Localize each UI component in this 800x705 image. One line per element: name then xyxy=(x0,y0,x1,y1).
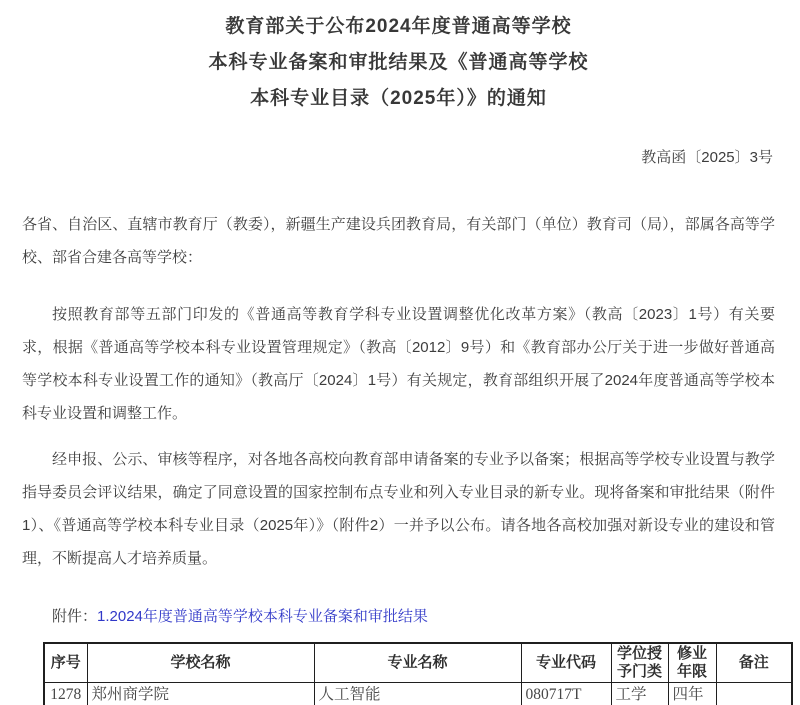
title-line-2: 本科专业备案和审批结果及《普通高等学校 xyxy=(22,45,775,81)
attachment-label: 附件： xyxy=(52,608,97,625)
attachment-link-1[interactable]: 1.2024年度普通高等学校本科专业备案和审批结果 xyxy=(97,608,428,625)
cell-major-name: 人工智能 xyxy=(314,683,521,705)
cell-degree-category: 工学 xyxy=(611,683,668,705)
title-line-3: 本科专业目录（2025年）》的通知 xyxy=(22,81,775,117)
cell-school-name: 郑州商学院 xyxy=(87,683,314,705)
header-remarks: 备注 xyxy=(716,643,792,683)
cell-index: 1278 xyxy=(44,683,87,705)
body-paragraph-1: 按照教育部等五部门印发的《普通高等教育学科专业设置调整优化改革方案》（教高〔20… xyxy=(22,298,775,430)
addressee-line: 各省、自治区、直辖市教育厅（教委），新疆生产建设兵团教育局，有关部门（单位）教育… xyxy=(22,208,775,274)
attachment-line: 附件：1.2024年度普通高等学校本科专业备案和审批结果 xyxy=(22,600,775,633)
document-title: 教育部关于公布2024年度普通高等学校 本科专业备案和审批结果及《普通高等学校 … xyxy=(22,9,775,117)
cell-remarks xyxy=(716,683,792,705)
header-major-name: 专业名称 xyxy=(314,643,521,683)
header-study-years: 修业年限 xyxy=(668,643,716,683)
document-number: 教高函〔2025〕3号 xyxy=(22,141,775,174)
table-header-row: 序号 学校名称 专业名称 专业代码 学位授予门类 修业年限 备注 xyxy=(44,643,792,683)
cell-study-years: 四年 xyxy=(668,683,716,705)
title-line-1: 教育部关于公布2024年度普通高等学校 xyxy=(22,9,775,45)
header-degree-category: 学位授予门类 xyxy=(611,643,668,683)
table-row: 1278 郑州商学院 人工智能 080717T 工学 四年 xyxy=(44,683,792,705)
header-school-name: 学校名称 xyxy=(87,643,314,683)
body-paragraph-2: 经申报、公示、审核等程序，对各地各高校向教育部申请备案的专业予以备案；根据高等学… xyxy=(22,443,775,575)
header-major-code: 专业代码 xyxy=(521,643,611,683)
approval-result-table: 序号 学校名称 专业名称 专业代码 学位授予门类 修业年限 备注 1278 郑州… xyxy=(43,642,793,705)
header-index: 序号 xyxy=(44,643,87,683)
notice-document: 教育部关于公布2024年度普通高等学校 本科专业备案和审批结果及《普通高等学校 … xyxy=(0,0,800,705)
cell-major-code: 080717T xyxy=(521,683,611,705)
